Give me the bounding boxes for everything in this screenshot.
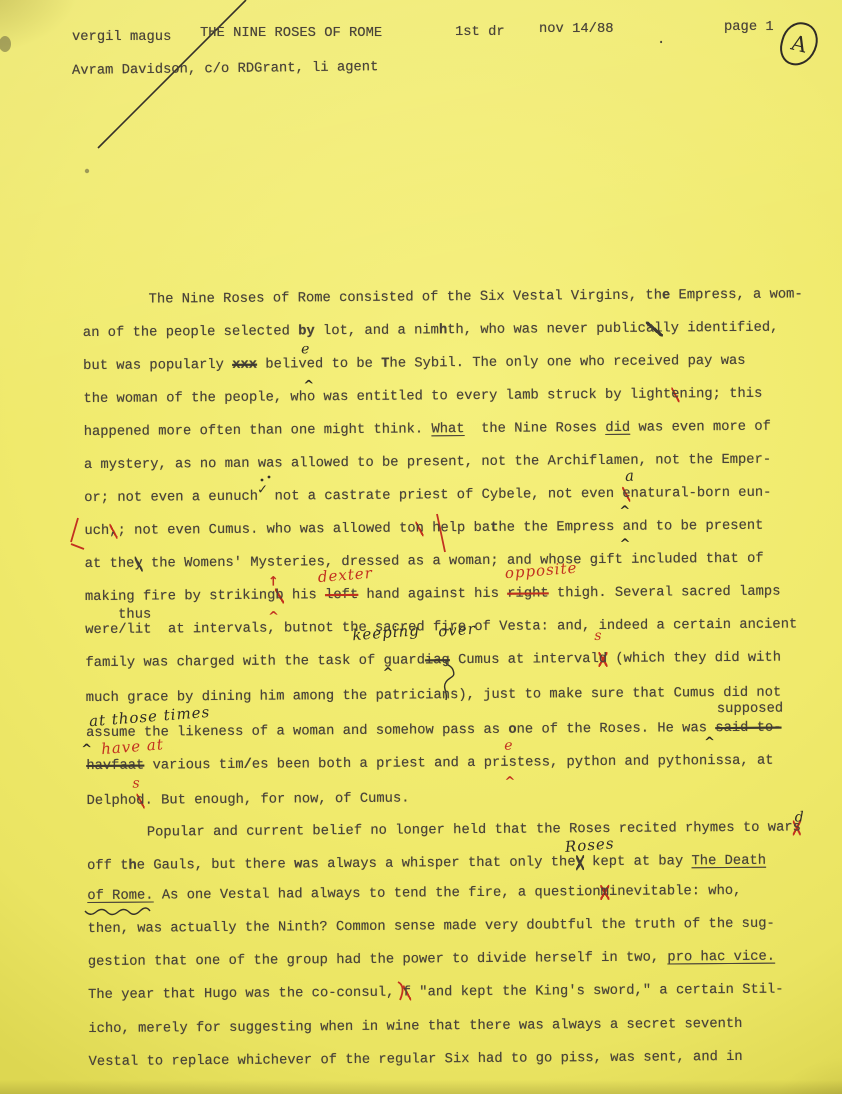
- handwritten-mark: d: [795, 810, 804, 825]
- handwritten-mark: opposite: [504, 561, 578, 582]
- handwritten-mark: s: [132, 777, 139, 792]
- typed-line-26: Vestal to replace whichever of the regul…: [89, 1049, 743, 1071]
- handwritten-mark: ^: [81, 742, 92, 757]
- typescript-body: The Nine Roses of Rome consisted of the …: [0, 0, 842, 1094]
- handwritten-mark: e: [504, 739, 512, 754]
- typed-line-25: icho, merely for suggesting when in wine…: [88, 1016, 742, 1038]
- handwritten-mark: have at: [101, 737, 165, 757]
- typed-line-5: happened more often than one might think…: [84, 419, 771, 441]
- typed-line-22: then, was actually the Ninth? Common sen…: [88, 916, 775, 938]
- handwritten-mark: ^: [620, 537, 631, 552]
- typed-line-20: off the Gauls, but there was always a wh…: [87, 853, 766, 875]
- handwritten-mark: ✓: [257, 483, 268, 498]
- typed-line-3: but was popularly xxx belived to be The …: [83, 353, 746, 375]
- handwritten-mark: ^: [504, 775, 515, 790]
- typed-line-17: havfaat various tim/es been both a pries…: [86, 753, 773, 775]
- typed-line-9: at they the Womens' Mysteries, dressed a…: [85, 551, 764, 573]
- typed-line-7: or; not even a eunuch not a castrate pri…: [84, 485, 771, 507]
- handwritten-mark: a: [624, 468, 635, 484]
- handwritten-mark: ^: [704, 735, 715, 750]
- typed-line-2: an of the people selected by lot, and a …: [83, 320, 779, 342]
- handwritten-mark: keeping: [352, 623, 420, 643]
- handwritten-mark: ^: [303, 378, 314, 393]
- typed-line-18: Delphod. But enough, for now, of Cumus.: [87, 790, 410, 810]
- handwritten-mark: Roses: [564, 836, 615, 855]
- handwritten-mark: ^: [619, 504, 630, 519]
- handwritten-mark: ^: [383, 666, 394, 681]
- handwritten-mark: e: [301, 342, 309, 357]
- typed-line-15: supposed: [717, 701, 783, 719]
- typed-line-24: The year that Hugo was the co-consul, f …: [88, 982, 784, 1004]
- typed-line-23: gestion that one of the group had the po…: [88, 949, 775, 971]
- handwritten-mark: over: [438, 622, 477, 640]
- handwritten-mark: dexter: [317, 566, 373, 585]
- typed-line-19: Popular and current belief no longer hel…: [147, 819, 801, 841]
- typed-line-13: family was charged with the task of guar…: [85, 650, 781, 672]
- typed-line-8: uch,; not even Cumus. who was allowed to…: [84, 518, 763, 540]
- typed-line-6: a mystery, as no man was allowed to be p…: [84, 452, 771, 474]
- typed-line-1: The Nine Roses of Rome consisted of the …: [149, 286, 803, 308]
- typed-line-10: making fire by strikingb his left hand a…: [85, 584, 781, 606]
- handwritten-mark: ^: [268, 610, 279, 625]
- typed-line-21: of Rome. As one Vestal had always to ten…: [87, 883, 741, 905]
- typed-line-16: assume the likeness of a woman and someh…: [86, 720, 782, 742]
- typed-line-4: the woman of the people, who was entitle…: [83, 386, 762, 408]
- handwritten-mark: s: [594, 629, 601, 644]
- page: vergil magus THE NINE ROSES OF ROME 1st …: [0, 0, 842, 1094]
- handwritten-mark: ↑: [268, 575, 279, 590]
